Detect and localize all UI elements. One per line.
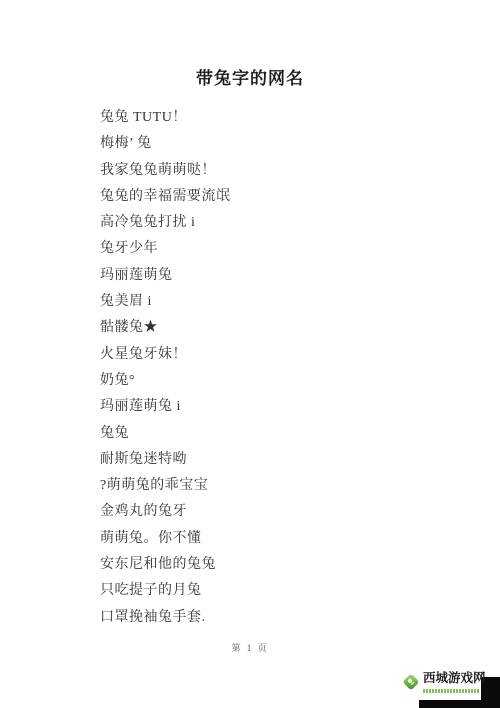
list-item: 梅梅’ 兔 xyxy=(100,131,460,157)
list-item: 萌萌兔。你不懂 xyxy=(100,526,460,552)
list-item: 兔美眉 i xyxy=(100,289,460,315)
list-item: 安东尼和他的兔兔 xyxy=(100,552,460,578)
list-item: 口罩挽袖兔手套. xyxy=(100,605,460,631)
site-name: 西城游戏网 xyxy=(423,670,486,687)
list-item: 兔兔 xyxy=(100,421,460,447)
list-item: 金鸡丸的兔牙 xyxy=(100,499,460,525)
page-title: 带兔字的网名 xyxy=(0,0,500,90)
list-item: 玛丽莲萌兔 xyxy=(100,263,460,289)
watermark-tagline-strip xyxy=(423,689,479,693)
list-item: 火星兔牙妹！ xyxy=(100,342,460,368)
list-item: 我家兔兔萌萌哒！ xyxy=(100,158,460,184)
document-page: 带兔字的网名 兔兔 TUTU！ 梅梅’ 兔 我家兔兔萌萌哒！ 兔兔的幸福需要流氓… xyxy=(0,0,500,708)
list-item: 高冷兔兔打扰 i xyxy=(100,210,460,236)
list-item: 兔牙少年 xyxy=(100,236,460,262)
site-logo-icon xyxy=(401,672,421,692)
list-item: 奶兔° xyxy=(100,368,460,394)
list-item: 兔兔的幸福需要流氓 xyxy=(100,184,460,210)
list-item: ?萌萌兔的乖宝宝 xyxy=(100,473,460,499)
watermark-text-column: 西城游戏网 xyxy=(423,670,486,693)
site-watermark: 西城游戏网 xyxy=(399,667,481,700)
nickname-list: 兔兔 TUTU！ 梅梅’ 兔 我家兔兔萌萌哒！ 兔兔的幸福需要流氓 高冷兔兔打扰… xyxy=(0,105,500,631)
list-item: 耐斯兔迷特呦 xyxy=(100,447,460,473)
list-item: 只吃提子的月兔 xyxy=(100,578,460,604)
list-item: 兔兔 TUTU！ xyxy=(100,105,460,131)
page-number: 第 1 页 xyxy=(0,641,500,654)
list-item: 玛丽莲萌兔 i xyxy=(100,394,460,420)
list-item: 骷髅兔★ xyxy=(100,315,460,341)
